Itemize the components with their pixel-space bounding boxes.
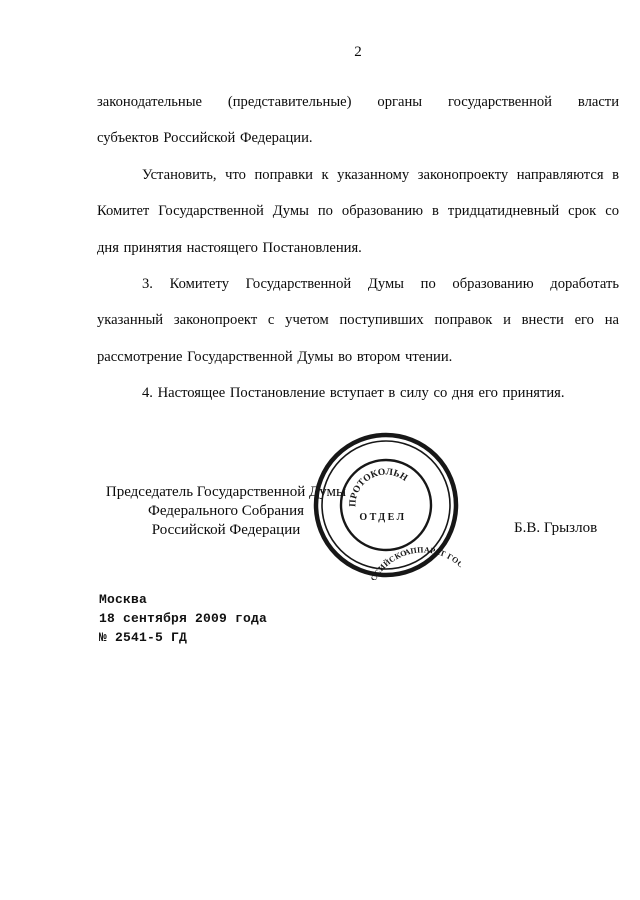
- paragraph-line: Комитет Государственной Думы по образова…: [97, 193, 619, 229]
- paragraph-line: рассмотрение Государственной Думы во вто…: [97, 339, 619, 375]
- footer-date: 18 сентября 2009 года: [99, 609, 267, 628]
- paragraph-line: 3. Комитету Государственной Думы по обра…: [97, 266, 619, 302]
- footer-block: Москва 18 сентября 2009 года № 2541-5 ГД: [99, 590, 267, 647]
- stamp-department-line2: ОТДЕЛ: [359, 512, 406, 523]
- protocol-department-stamp-icon: АППАРАТ ГОСУДАРСТВЕННОЙ ДУМЫ ФЕДЕРАЛЬНОГ…: [311, 430, 461, 580]
- svg-text:АППАРАТ ГОСУДАРСТВЕННОЙ ДУМЫ: АППАРАТ ГОСУДАРСТВЕННОЙ ДУМЫ ФЕДЕРАЛЬНОГ…: [311, 430, 461, 580]
- body-text: законодательные (представительные) орган…: [97, 84, 619, 412]
- paragraph-line: 4. Настоящее Постановление вступает в си…: [97, 375, 619, 411]
- stamp-ring-text: АППАРАТ ГОСУДАРСТВЕННОЙ ДУМЫ ФЕДЕРАЛЬНОГ…: [311, 430, 461, 580]
- footer-city: Москва: [99, 590, 267, 609]
- document-page: 2 законодательные (представительные) орг…: [0, 0, 640, 900]
- paragraph-line: указанный законопроект с учетом поступив…: [97, 302, 619, 338]
- paragraph-line: Установить, что поправки к указанному за…: [97, 157, 619, 193]
- paragraph-line: законодательные (представительные) орган…: [97, 84, 619, 120]
- paragraph-line: дня принятия настоящего Постановления.: [97, 230, 619, 266]
- footer-doc-number: № 2541-5 ГД: [99, 628, 267, 647]
- signatory-name: Б.В. Грызлов: [514, 520, 597, 537]
- paragraph-line: субъектов Российской Федерации.: [97, 120, 619, 156]
- page-number: 2: [97, 44, 619, 61]
